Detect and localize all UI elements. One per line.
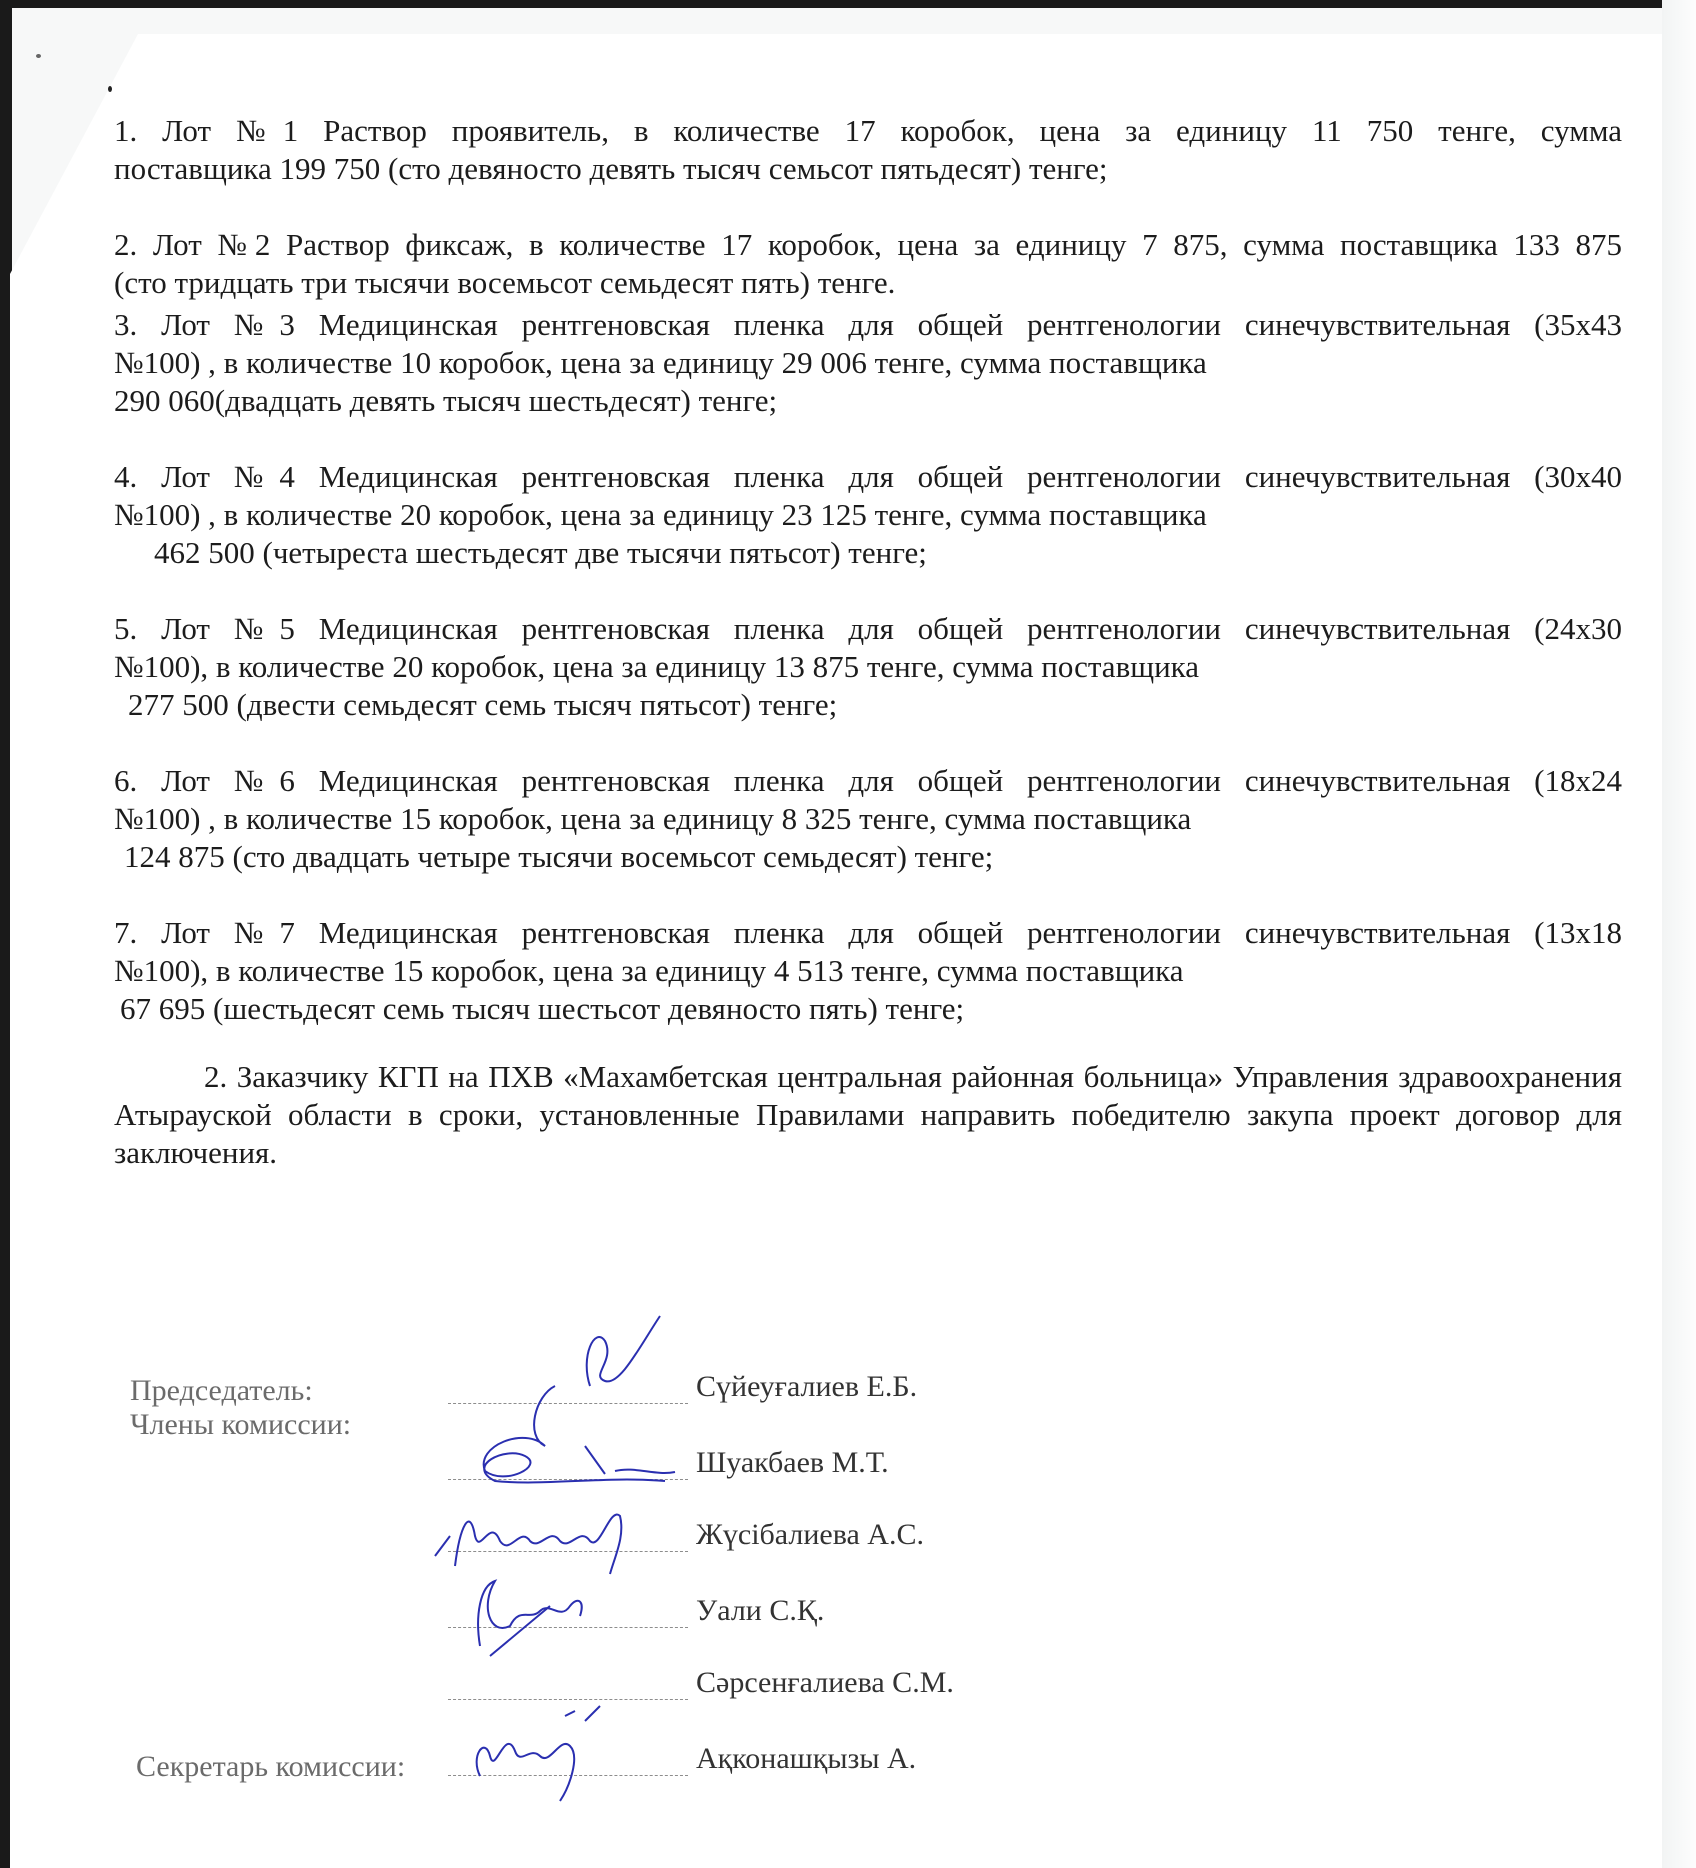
lot-item: 1. Лот №1 Раствор проявитель, в количест… [114, 112, 1622, 188]
lot-line: №100) , в количестве 15 коробок, цена за… [114, 800, 1622, 838]
chairman-label: Председатель: [130, 1374, 313, 1408]
lot-line: 277 500 (двести семьдесят семь тысяч пят… [114, 686, 1622, 724]
lot-line: №100), в количестве 20 коробок, цена за … [114, 648, 1622, 686]
lot-line: №100) , в количестве 20 коробок, цена за… [114, 496, 1622, 534]
lot-line: 1. Лот №1 Раствор проявитель, в количест… [114, 112, 1622, 150]
lot-line: 290 060(двадцать девять тысяч шестьдесят… [114, 382, 1622, 420]
lot-item: 5. Лот №5 Медицинская рентгеновская плен… [114, 610, 1622, 724]
lot-item: 7. Лот №7 Медицинская рентгеновская плен… [114, 914, 1622, 1028]
signatory-name: Жүсібалиева А.С. [696, 1518, 924, 1552]
lot-line: 3. Лот №3 Медицинская рентгеновская плен… [114, 306, 1622, 344]
signature-member-3 [460, 1566, 600, 1664]
lot-line: 462 500 (четыреста шестьдесят две тысячи… [114, 534, 1622, 572]
lot-line: 2. Лот №2 Раствор фиксаж, в количестве 1… [114, 226, 1622, 264]
signature-row: Сәрсенғалиева С.М. [448, 1666, 954, 1700]
signatory-name: Уали С.Қ. [696, 1594, 824, 1628]
lot-line: 124 875 (сто двадцать четыре тысячи восе… [114, 838, 1622, 876]
lot-line: 5. Лот №5 Медицинская рентгеновская плен… [114, 610, 1622, 648]
signature-secretary [460, 1706, 620, 1814]
signatory-name: Сәрсенғалиева С.М. [696, 1666, 954, 1700]
lot-line: поставщика 199 750 (сто девяносто девять… [114, 150, 1622, 188]
lot-line: №100), в количестве 15 коробок, цена за … [114, 952, 1622, 990]
page-edge [1662, 0, 1696, 1868]
lot-item: 3. Лот №3 Медицинская рентгеновская плен… [114, 306, 1622, 420]
lot-line: 67 695 (шестьдесят семь тысяч шестьсот д… [114, 990, 1622, 1028]
scan-dust [108, 86, 112, 92]
members-label: Члены комиссии: [130, 1408, 351, 1442]
signatory-name: Сүйеуғалиев Е.Б. [696, 1370, 917, 1404]
lot-line: 4. Лот №4 Медицинская рентгеновская плен… [114, 458, 1622, 496]
lot-item: 4. Лот №4 Медицинская рентгеновская плен… [114, 458, 1622, 572]
document-body: 1. Лот №1 Раствор проявитель, в количест… [114, 112, 1622, 1203]
lot-item: 6. Лот №6 Медицинская рентгеновская плен… [114, 762, 1622, 876]
scan-dust [36, 54, 41, 58]
lot-line: №100) , в количестве 10 коробок, цена за… [114, 344, 1622, 382]
lot-line: 7. Лот №7 Медицинская рентгеновская плен… [114, 914, 1622, 952]
secretary-label: Секретарь комиссии: [136, 1750, 405, 1784]
signature-line [448, 1698, 688, 1700]
lot-item: 2. Лот №2 Раствор фиксаж, в количестве 1… [114, 226, 1622, 302]
signatory-name: Шуакбаев М.Т. [696, 1446, 889, 1480]
lot-line: 6. Лот №6 Медицинская рентгеновская плен… [114, 762, 1622, 800]
signatory-name: Ақконашқызы А. [696, 1742, 916, 1776]
lot-line: (сто тридцать три тысячи восемьсот семьд… [114, 264, 1622, 302]
signature-member-1 [465, 1386, 705, 1504]
instruction-paragraph: 2. Заказчику КГП на ПХВ «Махамбетская це… [114, 1058, 1622, 1172]
